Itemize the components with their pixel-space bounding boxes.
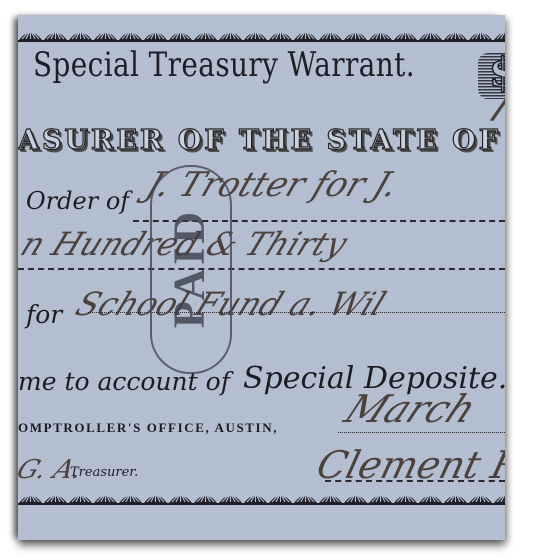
scallop-border-bottom	[18, 490, 505, 506]
payee-label: Order of	[26, 187, 129, 215]
scallop-border-top	[18, 27, 505, 43]
purpose-label: for	[26, 300, 62, 329]
amount-words-line	[18, 268, 505, 270]
treasury-warrant-document: Special Treasury Warrant. $ / ASURER OF …	[18, 15, 505, 540]
paid-stamp: PAID	[164, 208, 215, 328]
date-line	[338, 432, 505, 433]
treasurer-heading: ASURER OF THE STATE OF T	[18, 125, 505, 156]
warrant-title: Special Treasury Warrant.	[33, 45, 415, 85]
comptroller-signature-line	[325, 480, 505, 482]
office-location: OMPTROLLER'S OFFICE, AUSTIN,	[18, 420, 278, 436]
date-handwritten: March	[338, 387, 484, 431]
treasurer-label: Treasurer.	[70, 465, 138, 480]
